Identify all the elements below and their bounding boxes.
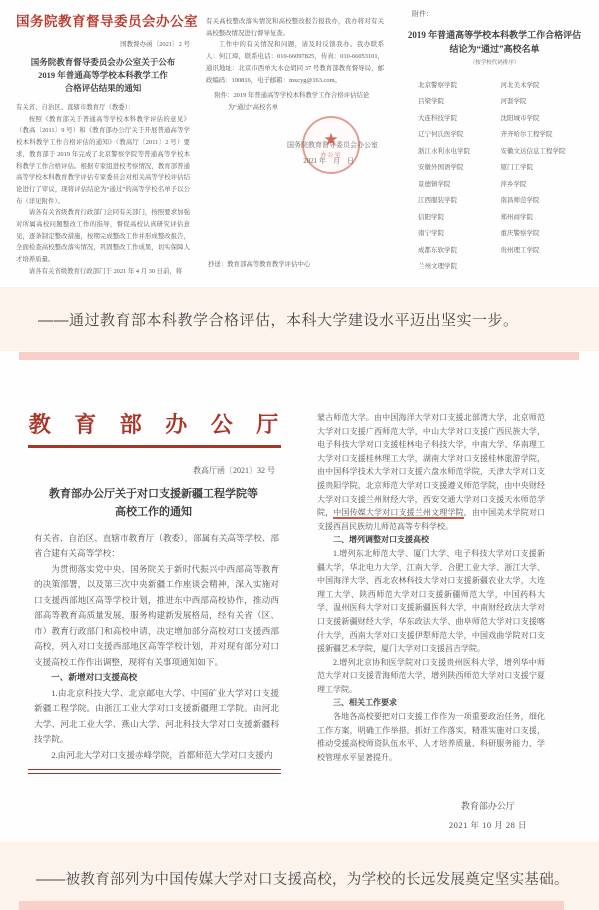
school-name: 贵州理工学院 <box>495 245 596 254</box>
school-name: 安徽文达信息工程学院 <box>495 146 596 155</box>
doc4-number: 教高厅函〔2021〕32 号 <box>8 465 299 476</box>
caption-text: ——通过教育部本科教学合格评估，本科大学建设水平迈出坚实一步。 <box>38 309 589 330</box>
document-page-moe-1: 教 育 部 办 公 厅 教高厅函〔2021〕32 号 教育部办公厅关于对口支援新… <box>8 385 299 803</box>
doc2-body: 有关高校整改落实情况和高校整改报告报我办，我办将对有关高校整改情况进行督导复查。… <box>206 16 384 86</box>
doc1-title: 国务院教育督导委员会办公室关于公布 2019 年普通高等学校本科教学工作 合格评… <box>16 56 190 95</box>
school-row: 南宁学院 重庆警察学院 <box>394 225 595 242</box>
appendix-title-line1: 2019 年普通高等学校本科教学工作合格评估 <box>394 28 595 42</box>
school-name: 厦门工学院 <box>495 162 596 171</box>
school-name: 吕梁学院 <box>394 96 495 105</box>
school-row: 兰州文理学院 <box>394 258 595 275</box>
appendix-title: 2019 年普通高等学校本科教学工作合格评估 结论为“通过”高校名单 <box>394 28 595 56</box>
school-name: 萍乡学院 <box>495 179 596 188</box>
doc4-title-line1: 教育部办公厅关于对口支援新疆工程学院等 <box>8 485 299 503</box>
doc5-paragraph-continuation: 蒙古师范大学。由中国海洋大学对口支援北部湾大学，北京师范大学对口支援广西师范大学… <box>317 411 545 533</box>
school-row: 吕梁学院 河套学院 <box>394 93 595 110</box>
doc4-paragraph: 为贯彻落实党中央、国务院关于新时代振兴中西部高等教育的决策部署，以及第三次中央新… <box>34 562 279 671</box>
school-row: 大连科技学院 沈阳城市学院 <box>394 109 595 126</box>
doc4-paragraph: 2.由河北大学对口支援赤峰学院，首都师范大学对口支援内 <box>34 748 279 764</box>
school-row: 景德镇学院 萍乡学院 <box>394 175 595 192</box>
doc5-date: 2021 年 10 月 28 日 <box>449 819 527 831</box>
school-name: 河北美术学院 <box>495 80 596 89</box>
document-page-moe-2: 蒙古师范大学。由中国海洋大学对口支援北部湾大学，北京师范大学对口支援广西师范大学… <box>299 385 591 843</box>
article-screenshot: 国务院教育督导委员会办公室 国教督办函〔2021〕2 号 国务院教育督导委员会办… <box>0 0 599 910</box>
school-name: 信阳学院 <box>394 212 495 221</box>
doc4-heading1: 一、新增对口支援高校 <box>34 670 279 686</box>
school-list: 北京警察学院 河北美术学院 吕梁学院 河套学院 大连科技学院 沈阳城市学院 辽宁… <box>394 76 595 274</box>
appendix-subtitle: （按学校代码排序） <box>394 58 595 66</box>
school-row: 信阳学院 郑州商学院 <box>394 208 595 225</box>
school-name: 南昌师范学院 <box>495 195 596 204</box>
doc5-paragraph: 1.增列东北师范大学、厦门大学、电子科技大学对口支援新疆大学，华北电力大学、江南… <box>317 547 545 656</box>
pink-divider-strip <box>19 352 579 360</box>
doc4-body: 有关省、自治区、直辖市教育厅（教委），部属有关高等学校、部省合建有关高等学校： … <box>8 531 299 764</box>
school-name: 齐齐哈尔工程学院 <box>495 129 596 138</box>
doc1-paragraph: 按照《教育部关于普通高等学校本科教学评估的意见》（教高〔2011〕9 号）和《教… <box>16 114 190 208</box>
school-name: 安徽外国语学院 <box>394 162 495 171</box>
school-name: 大连科技学院 <box>394 113 495 122</box>
doc2-cc-line: 抄送：教育部高等教育教学评估中心 <box>208 259 310 268</box>
doc2-attachment-note: 附件：2019 年普通高等学校本科教学工作合格评估结论为“通过”高校名单 <box>206 90 384 113</box>
red-double-rule <box>28 769 281 774</box>
school-row: 辽宁何氏医学院 齐齐哈尔工程学院 <box>394 126 595 143</box>
doc5-highlighted-text: 中国传媒大学对口支援兰州文理学院 <box>333 508 463 519</box>
school-name: 江西服装学院 <box>394 195 495 204</box>
doc2-continuation: 有关高校整改落实情况和高校整改报告报我办，我办将对有关高校整改情况进行督导复查。 <box>206 16 384 39</box>
school-row: 北京警察学院 河北美术学院 <box>394 76 595 93</box>
seal-star-icon: ★ <box>323 131 338 148</box>
school-row: 浙江水利水电学院 安徽文达信息工程学院 <box>394 142 595 159</box>
doc1-paragraph: 请各有关省级教育行政部门于 2021 年 4 月 30 日前，将 <box>16 266 190 278</box>
school-name: 沈阳城市学院 <box>495 113 596 122</box>
school-name: 北京警察学院 <box>394 80 495 89</box>
doc1-number: 国教督办函〔2021〕2 号 <box>16 39 190 48</box>
doc5-heading2: 二、增列调整对口支援高校 <box>317 533 545 547</box>
school-name: 郑州商学院 <box>495 212 596 221</box>
doc5-heading3: 三、相关工作要求 <box>317 696 545 710</box>
caption-text: ——被教育部列为中国传媒大学对口支援高校，为学校的长远发展奠定坚实基础。 <box>36 868 589 889</box>
doc1-paragraph: 请各有关省级教育行政部门会同有关部门，按照要求加强对所属高校问题整改工作的指导，… <box>16 207 190 266</box>
doc5-signature: 教育部办公厅 <box>449 799 527 812</box>
school-name: 景德镇学院 <box>394 179 495 188</box>
doc5-body: 蒙古师范大学。由中国海洋大学对口支援北部湾大学，北京师范大学对口支援广西师范大学… <box>299 385 591 764</box>
doc1-salutation: 有关省、自治区、直辖市教育厅（教委）： <box>16 102 190 114</box>
doc4-title: 教育部办公厅关于对口支援新疆工程学院等 高校工作的通知 <box>8 485 299 521</box>
school-name: 南宁学院 <box>394 228 495 237</box>
caption-banner-evaluation: ——通过教育部本科教学合格评估，本科大学建设水平迈出坚实一步。 <box>0 287 599 351</box>
document-page-notice-1: 国务院教育督导委员会办公室 国教督办函〔2021〕2 号 国务院教育督导委员会办… <box>8 4 198 278</box>
school-name: 兰州文理学院 <box>394 261 495 270</box>
doc5-paragraph: 2.增列北京协和医学院对口支援贵州医科大学，增列华中师范大学对口支援青海师范大学… <box>317 656 545 697</box>
doc1-body: 有关省、自治区、直辖市教育厅（教委）： 按照《教育部关于普通高等学校本科教学评估… <box>16 102 190 278</box>
doc5-paragraph: 各地各高校要把对口支援工作作为一项重要政治任务，细化工作方案，明确工作举措，抓好… <box>317 710 545 764</box>
school-name: 浙江水利水电学院 <box>394 146 495 155</box>
official-seal: ★ 办公室 <box>302 116 360 174</box>
school-name: 成都东软学院 <box>394 245 495 254</box>
document-page-appendix: 附件： 2019 年普通高等学校本科教学工作合格评估 结论为“通过”高校名单 （… <box>394 4 595 278</box>
school-name: 河套学院 <box>495 96 596 105</box>
doc1-masthead: 国务院教育督导委员会办公室 <box>16 10 190 30</box>
doc4-paragraph: 1.由北京科技大学、北京邮电大学、中国矿业大学对口支援新疆工程学院。由浙江工业大… <box>34 686 279 748</box>
appendix-label: 附件： <box>412 9 595 19</box>
caption-banner-support: ——被教育部列为中国传媒大学对口支援高校，为学校的长远发展奠定坚实基础。 <box>0 842 599 910</box>
doc1-title-line2: 2019 年普通高等学校本科教学工作 <box>16 69 190 82</box>
appendix-title-line2: 结论为“通过”高校名单 <box>394 42 595 56</box>
doc2-paragraph: 工作中的有关情况和问题，请及时反馈我办。我办联系人：何江璋，联系电话：010-6… <box>206 39 384 86</box>
doc4-salutation: 有关省、自治区、直辖市教育厅（教委），部属有关高等学校、部省合建有关高等学校： <box>34 531 279 562</box>
pink-divider-strip <box>19 901 564 910</box>
doc5-text-before: 蒙古师范大学。由中国海洋大学对口支援北部湾大学，北京师范大学对口支援广西师范大学… <box>317 413 545 517</box>
school-row: 安徽外国语学院 厦门工学院 <box>394 159 595 176</box>
doc5-signature-block: 教育部办公厅 2021 年 10 月 28 日 <box>449 799 527 831</box>
doc4-title-line2: 高校工作的通知 <box>8 503 299 521</box>
document-page-notice-2: 有关高校整改落实情况和高校整改报告报我办，我办将对有关高校整改情况进行督导复查。… <box>200 4 390 278</box>
school-name: 辽宁何氏医学院 <box>394 129 495 138</box>
red-rule <box>28 445 281 448</box>
school-row: 江西服装学院 南昌师范学院 <box>394 192 595 209</box>
doc1-title-line1: 国务院教育督导委员会办公室关于公布 <box>16 56 190 69</box>
school-name: 重庆警察学院 <box>495 228 596 237</box>
school-row: 成都东软学院 贵州理工学院 <box>394 241 595 258</box>
doc1-title-line3: 合格评估结果的通知 <box>16 82 190 95</box>
doc4-masthead: 教 育 部 办 公 厅 <box>8 412 299 438</box>
seal-label: 办公室 <box>320 150 341 159</box>
